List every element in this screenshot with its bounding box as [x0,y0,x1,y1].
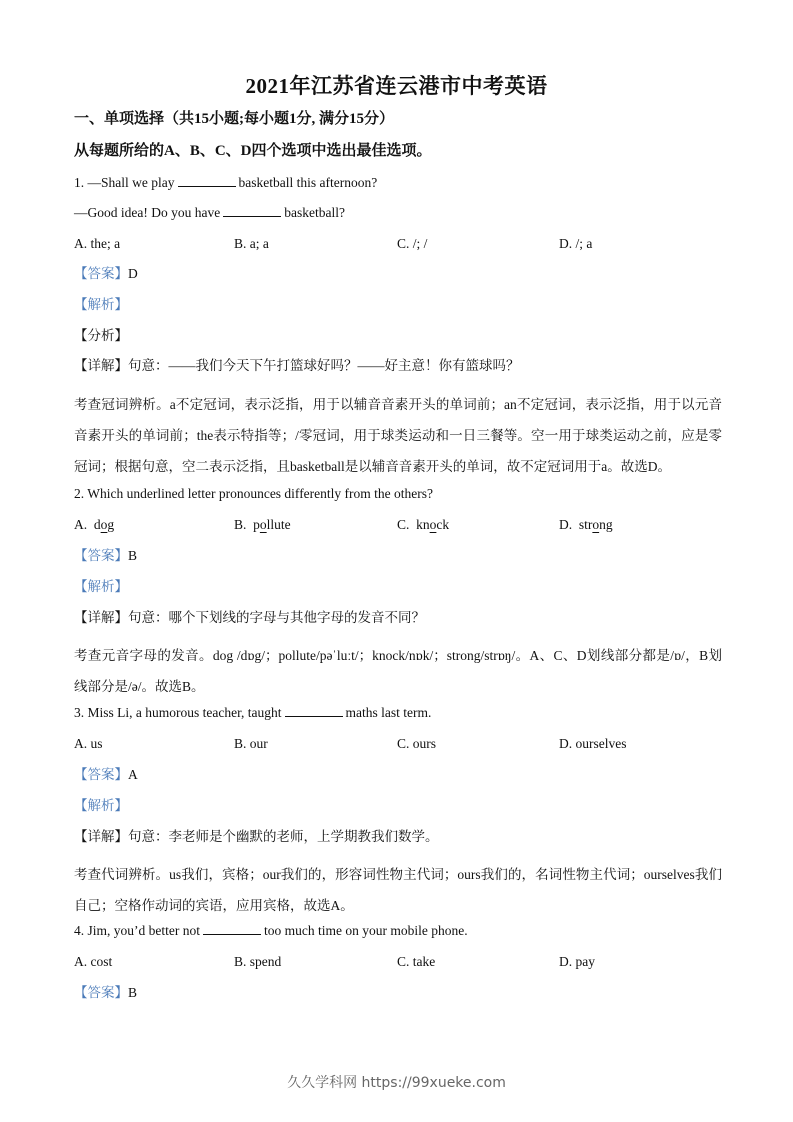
answer-label: 【答案】 [74,985,128,1000]
question-1-option-d: D. /; a [559,235,592,253]
question-2-option-a: A. dog [74,516,114,534]
answer-label: 【答案】 [74,548,128,563]
fenxi-label: 【分析】 [74,327,128,345]
question-4-stem: 4. Jim, you’d better nottoo much time on… [74,922,468,940]
question-1-explanation: 考查冠词辨析。a不定冠词，表示泛指，用于以辅音音素开头的单词前；an不定冠词，表… [74,389,722,482]
section-heading: 一、单项选择（共15小题;每小题1分, 满分15分） [74,110,394,128]
question-2-option-b: B. pollute [234,516,291,534]
section-instruction: 从每题所给的A、B、C、D四个选项中选出最佳选项。 [74,142,432,160]
question-1-option-b: B. a; a [234,235,269,253]
question-4-option-c: C. take [397,953,435,971]
blank [285,704,343,717]
question-3-answer: 【答案】A [74,766,138,784]
answer-label: 【答案】 [74,266,128,281]
blank [223,204,281,217]
question-4-option-a: A. cost [74,953,112,971]
blank [203,922,261,935]
question-3-option-a: A. us [74,735,103,753]
question-3-detail: 【详解】句意：李老师是个幽默的老师，上学期教我们数学。 [74,828,439,846]
question-1-stem-line2: —Good idea! Do you havebasketball? [74,204,345,222]
page-title: 2021年江苏省连云港市中考英语 [0,70,793,100]
question-2-explanation: 考查元音字母的发音。dog /dɒg/；pollute/pəˈluːt/；kno… [74,640,722,702]
analysis-label: 【解析】 [74,578,128,596]
question-4-option-b: B. spend [234,953,281,971]
answer-label: 【答案】 [74,767,128,782]
question-1-detail: 【详解】句意：——我们今天下午打篮球好吗？——好主意！你有篮球吗？ [74,357,520,375]
question-1-stem-line1: 1. —Shall we playbasketball this afterno… [74,174,377,192]
question-3-option-b: B. our [234,735,268,753]
question-2-stem: 2. Which underlined letter pronounces di… [74,485,433,503]
question-4-answer: 【答案】B [74,984,137,1002]
question-3-option-d: D. ourselves [559,735,627,753]
question-2-detail: 【详解】句意：哪个下划线的字母与其他字母的发音不同？ [74,609,425,627]
question-3-explanation: 考查代词辨析。us我们，宾格；our我们的，形容词性物主代词；ours我们的，名… [74,859,722,921]
question-1-answer: 【答案】D [74,265,138,283]
question-2-answer: 【答案】B [74,547,137,565]
analysis-label: 【解析】 [74,797,128,815]
question-1-option-c: C. /; / [397,235,427,253]
blank [178,174,236,187]
question-1-option-a: A. the; a [74,235,120,253]
question-3-option-c: C. ours [397,735,436,753]
question-2-option-d: D. strong [559,516,613,534]
footer-watermark: 久久学科网 https://99xueke.com [0,1072,793,1092]
analysis-label: 【解析】 [74,296,128,314]
document-page: 2021年江苏省连云港市中考英语 一、单项选择（共15小题;每小题1分, 满分1… [0,0,793,1122]
question-3-stem: 3. Miss Li, a humorous teacher, taughtma… [74,704,431,722]
question-2-option-c: C. knock [397,516,449,534]
question-4-option-d: D. pay [559,953,595,971]
